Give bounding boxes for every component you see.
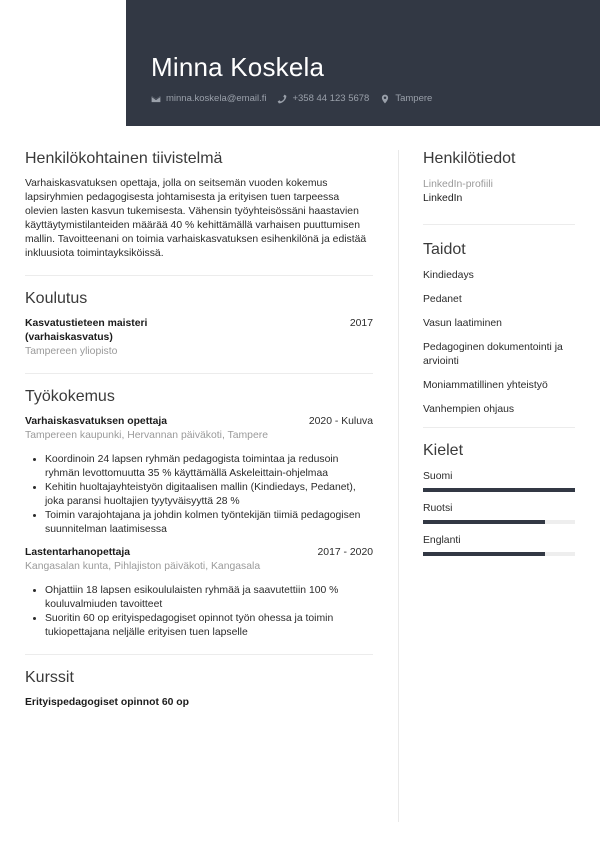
language-level-fill — [423, 520, 545, 524]
employer: Kangasalan kunta, Pihlajiston päiväkoti,… — [25, 560, 373, 574]
language-level-fill — [423, 552, 545, 556]
job-title: Varhaiskasvatuksen opettaja — [25, 415, 167, 429]
language-item: Suomi — [423, 470, 575, 492]
divider — [423, 427, 575, 428]
experience-entry: Lastentarhanopettaja 2017 - 2020 Kangasa… — [25, 546, 373, 640]
course-item: Erityispedagogiset opinnot 60 op — [25, 696, 285, 710]
achievement-item: Koordinoin 24 lapsen ryhmän pedagogista … — [45, 453, 373, 481]
phone-icon — [277, 94, 287, 104]
envelope-icon — [151, 94, 161, 104]
section-title: Koulutus — [25, 290, 373, 308]
skill-item: Vanhempien ohjaus — [423, 403, 575, 417]
languages-section: Kielet SuomiRuotsiEnglanti — [423, 442, 575, 556]
location-text: Tampere — [395, 93, 432, 104]
language-level-fill — [423, 488, 575, 492]
header-banner: Minna Koskela minna.koskela@email.fi +35… — [126, 0, 600, 126]
language-item: Ruotsi — [423, 502, 575, 524]
divider — [25, 654, 373, 655]
language-name: Ruotsi — [423, 502, 575, 516]
degree-title: Kasvatustieteen maisteri (varhaiskasvatu… — [25, 317, 185, 345]
achievement-item: Ohjattiin 18 lapsen esikoululaisten ryhm… — [45, 584, 373, 612]
summary-text: Varhaiskasvatuksen opettaja, jolla on se… — [25, 177, 373, 261]
contact-email[interactable]: minna.koskela@email.fi — [151, 93, 266, 104]
job-title: Lastentarhanopettaja — [25, 546, 130, 560]
column-divider — [398, 150, 399, 822]
section-title: Työkokemus — [25, 388, 373, 406]
achievement-item: Kehitin huoltajayhteistyön digitaalisen … — [45, 481, 373, 509]
divider — [423, 224, 575, 225]
section-title: Taidot — [423, 241, 575, 259]
language-name: Suomi — [423, 470, 575, 484]
employer: Tampereen kaupunki, Hervannan päiväkoti,… — [25, 429, 373, 443]
skill-item: Kindiedays — [423, 269, 575, 283]
job-dates: 2017 - 2020 — [318, 546, 373, 560]
achievement-item: Toimin varajohtajana ja johdin kolmen ty… — [45, 509, 373, 537]
experience-entry: Varhaiskasvatuksen opettaja 2020 - Kuluv… — [25, 415, 373, 537]
job-dates: 2020 - Kuluva — [309, 415, 373, 429]
divider — [25, 373, 373, 374]
contact-phone[interactable]: +358 44 123 5678 — [277, 93, 369, 104]
contact-info: minna.koskela@email.fi +358 44 123 5678 … — [151, 93, 443, 104]
achievements-list: Ohjattiin 18 lapsen esikoululaisten ryhm… — [45, 584, 373, 640]
email-text: minna.koskela@email.fi — [166, 93, 266, 104]
personal-section: Henkilötiedot LinkedIn-profiili LinkedIn — [423, 150, 575, 206]
section-title: Kielet — [423, 442, 575, 460]
phone-text: +358 44 123 5678 — [292, 93, 369, 104]
skill-item: Vasun laatiminen — [423, 317, 575, 331]
language-level-bar — [423, 552, 575, 556]
skill-item: Pedagoginen dokumentointi ja arviointi — [423, 341, 575, 369]
achievement-item: Suoritin 60 op erityispedagogiset opinno… — [45, 612, 373, 640]
school-name: Tampereen yliopisto — [25, 345, 373, 359]
skill-item: Moniammatillinen yhteistyö — [423, 379, 575, 393]
section-title: Henkilötiedot — [423, 150, 575, 168]
sidebar-column: Henkilötiedot LinkedIn-profiili LinkedIn… — [423, 150, 575, 566]
linkedin-link[interactable]: LinkedIn — [423, 192, 575, 206]
section-title: Henkilökohtainen tiivistelmä — [25, 150, 373, 168]
education-section: Koulutus Kasvatustieteen maisteri (varha… — [25, 290, 373, 359]
divider — [25, 275, 373, 276]
linkedin-label: LinkedIn-profiili — [423, 178, 575, 192]
contact-location: Tampere — [380, 93, 432, 104]
candidate-name: Minna Koskela — [151, 52, 324, 83]
skill-item: Pedanet — [423, 293, 575, 307]
education-year: 2017 — [350, 317, 373, 331]
skills-section: Taidot Kindiedays Pedanet Vasun laatimin… — [423, 241, 575, 417]
map-marker-icon — [380, 94, 390, 104]
achievements-list: Koordinoin 24 lapsen ryhmän pedagogista … — [45, 453, 373, 537]
language-item: Englanti — [423, 534, 575, 556]
section-title: Kurssit — [25, 669, 373, 687]
language-name: Englanti — [423, 534, 575, 548]
language-level-bar — [423, 520, 575, 524]
experience-section: Työkokemus Varhaiskasvatuksen opettaja 2… — [25, 388, 373, 640]
education-entry: Kasvatustieteen maisteri (varhaiskasvatu… — [25, 317, 373, 359]
summary-section: Henkilökohtainen tiivistelmä Varhaiskasv… — [25, 150, 373, 261]
main-column: Henkilökohtainen tiivistelmä Varhaiskasv… — [25, 150, 373, 710]
courses-section: Kurssit Erityispedagogiset opinnot 60 op — [25, 669, 373, 710]
language-level-bar — [423, 488, 575, 492]
